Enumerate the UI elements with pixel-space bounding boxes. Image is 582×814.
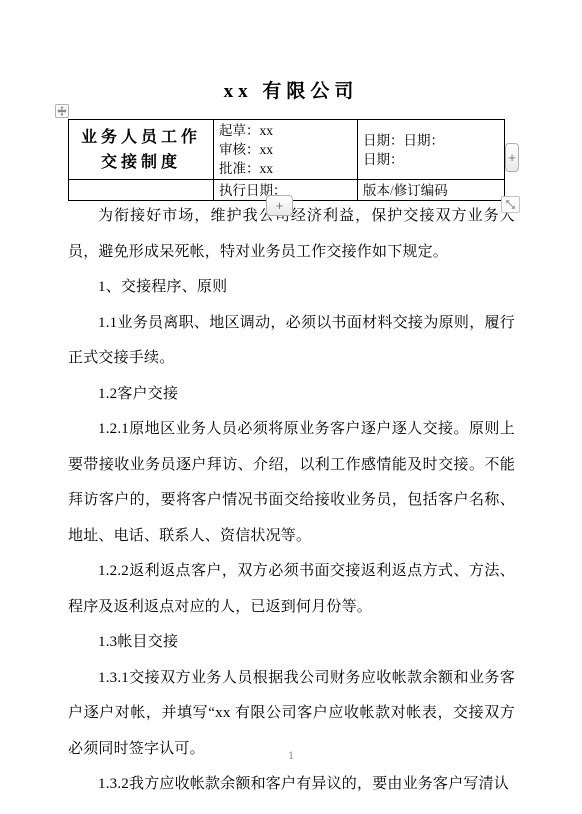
paragraph: 1.3帐目交接	[68, 625, 515, 661]
paragraph: 1、交接程序、原则	[68, 270, 515, 306]
paragraph: 1.1业务员离职、地区调动，必须以书面材料交接为原则，履行正式交接手续。	[68, 306, 515, 377]
dates-line2: 日期：	[363, 150, 499, 169]
paragraph: 1.2.2返利返点客户，双方必须书面交接返利返点方式、方法、程序及返利返点对应的…	[68, 554, 515, 625]
table-move-handle[interactable]	[55, 104, 69, 118]
version-prefix: 版本	[363, 183, 390, 198]
version-cell: 版本/修订编码	[358, 180, 505, 201]
version-suffix: 修订编码	[394, 183, 448, 198]
paragraph: 1.2.1原地区业务人员必须将原业务客户逐户逐人交接。原则上要带接收业务员逐户拜…	[68, 412, 515, 554]
doc-title-line2: 交接制度	[74, 150, 208, 175]
page-number: 1	[0, 748, 582, 763]
insert-column-button[interactable]: +	[505, 143, 519, 172]
doc-title-cell: 业务人员工作 交接制度	[69, 120, 214, 180]
paragraph: 1.3.2我方应收帐款余额和客户有异议的，要由业务客户写清认	[68, 767, 515, 803]
plus-icon: +	[508, 151, 516, 164]
document-page: { "page": { "title": "xx 有限公司", "page_nu…	[0, 0, 582, 814]
reviewer-line: 审核：xx	[219, 140, 352, 159]
move-arrows-icon	[57, 106, 67, 116]
table-resize-handle[interactable]	[501, 196, 520, 213]
header-table: 业务人员工作 交接制度 起草：xx 审核：xx 批准：xx 日期：日期： 日期：…	[68, 119, 505, 201]
dates-line1: 日期：日期：	[363, 131, 499, 150]
document-title: xx 有限公司	[0, 76, 582, 103]
approval-cell: 起草：xx 审核：xx 批准：xx	[214, 120, 358, 180]
empty-cell	[69, 180, 214, 201]
doc-title-line1: 业务人员工作	[74, 125, 208, 150]
approver-line: 批准：xx	[219, 159, 352, 178]
plus-icon: +	[276, 199, 284, 212]
insert-row-button[interactable]: +	[266, 195, 293, 216]
dates-cell: 日期：日期： 日期：	[358, 120, 505, 180]
paragraph: 1.2客户交接	[68, 377, 515, 413]
document-body: 为衔接好市场，维护我公司经济利益，保护交接双方业务人员，避免形成呆死帐，特对业务…	[68, 199, 515, 803]
diagonal-resize-icon	[505, 199, 516, 210]
drafter-line: 起草：xx	[219, 121, 352, 140]
